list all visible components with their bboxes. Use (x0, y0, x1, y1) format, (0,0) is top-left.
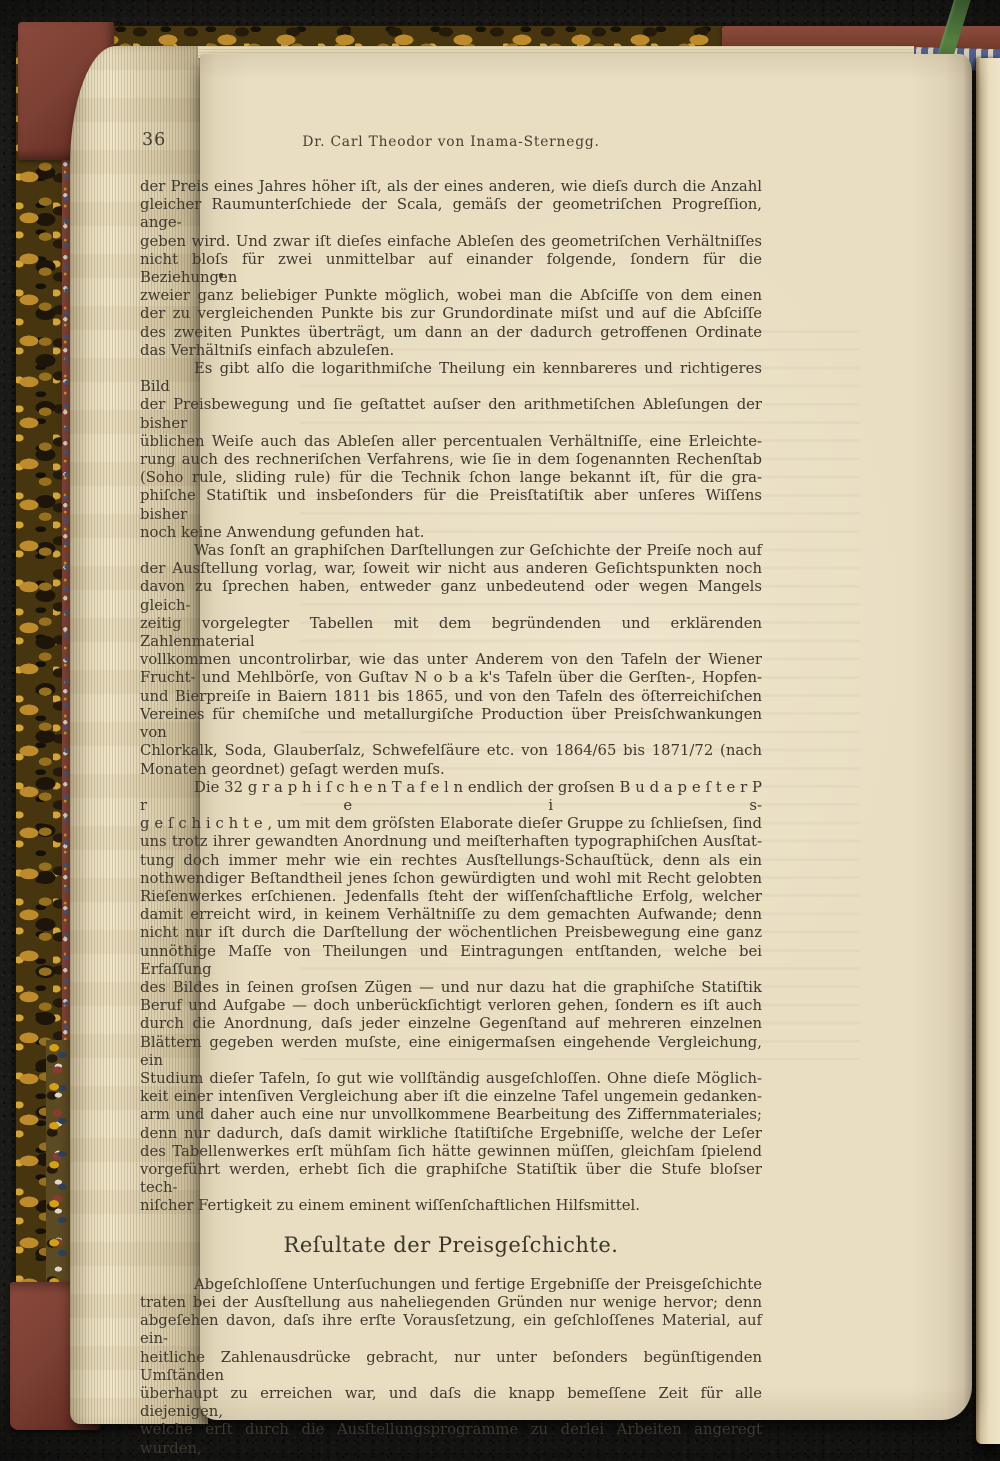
book-photograph: 36 Dr. Carl Theodor von Inama-Sternegg. … (0, 0, 1000, 1461)
text-line: welche erſt durch die Ausſtellungsprogra… (140, 1421, 762, 1457)
text-line: unnöthige Maſſe von Theilungen und Eintr… (140, 943, 762, 979)
text-line: das Verhältniſs einfach abzuleſen. (140, 342, 762, 360)
paragraph: Abgeſchloſſene Unterſuchungen und fertig… (140, 1276, 762, 1458)
running-header-title: Dr. Carl Theodor von Inama-Sternegg. (302, 134, 599, 150)
text-line: gleicher Raumunterſchiede der Scala, gem… (140, 196, 762, 232)
paragraph: Was ſonſt an graphiſchen Darſtellungen z… (140, 542, 762, 779)
text-line: davon zu ſprechen haben, entweder ganz u… (140, 578, 762, 614)
text-line: der Preis eines Jahres höher iſt, als de… (140, 178, 762, 196)
text-line: (Soho rule, sliding rule) für die Techni… (140, 469, 762, 487)
page-body: der Preis eines Jahres höher iſt, als de… (140, 178, 762, 1458)
text-line: nicht nur iſt durch die Darſtellung der … (140, 924, 762, 942)
text-line: g e ſ c h i c h t e , um mit dem gröſste… (140, 815, 762, 833)
text-line: Es gibt alſo die logarithmiſche Theilung… (140, 360, 762, 396)
text-line: traten bei der Ausſtellung aus naheliege… (140, 1294, 762, 1312)
text-line: Rieſenwerkes erſchienen. Jedenfalls ſteh… (140, 888, 762, 906)
text-line: zeitig vorgelegter Tabellen mit dem begr… (140, 615, 762, 651)
text-line: tung doch immer mehr wie ein rechtes Aus… (140, 852, 762, 870)
text-line: damit erreicht wird, in keinem Verhältni… (140, 906, 762, 924)
paragraph: Die 32 g r a p h i ſ c h e n T a f e l n… (140, 779, 762, 1216)
text-line: und Bierpreiſe in Baiern 1811 bis 1865, … (140, 688, 762, 706)
text-line: Was ſonſt an graphiſchen Darſtellungen z… (140, 542, 762, 560)
text-line: Studium dieſer Tafeln, ſo gut wie vollſt… (140, 1070, 762, 1088)
text-line: Vereines für chemiſche und metallurgiſch… (140, 706, 762, 742)
text-line: überhaupt zu erreichen war, und daſs die… (140, 1385, 762, 1421)
text-line: rung auch des rechneriſchen Verfahrens, … (140, 451, 762, 469)
text-line: Blättern gegeben werden muſste, eine ein… (140, 1034, 762, 1070)
text-line: üblichen Weiſe auch das Ableſen aller pe… (140, 433, 762, 451)
section-heading: Reſultate der Preisgeſchichte. (140, 1236, 762, 1254)
text-line: Chlorkalk, Soda, Glauberſalz, Schwefelſä… (140, 742, 762, 760)
text-line: durch die Anordnung, daſs jeder einzelne… (140, 1015, 762, 1033)
text-line: phiſche Statiſtik und insbeſonders für d… (140, 487, 762, 523)
text-line: der Preisbewegung und ſie geſtattet auſs… (140, 396, 762, 432)
text-line: noch keine Anwendung gefunden hat. (140, 524, 762, 542)
text-line: abgeſehen davon, daſs ihre erſte Vorausſ… (140, 1312, 762, 1348)
text-line: denn nur dadurch, daſs damit wirkliche ſ… (140, 1125, 762, 1143)
text-line: Frucht- und Mehlbörſe, von Guſtav N o b … (140, 669, 762, 687)
text-line: Die 32 g r a p h i ſ c h e n T a f e l n… (140, 779, 762, 815)
text-line: der Ausſtellung vorlag, war, ſoweit wir … (140, 560, 762, 578)
text-line: nicht bloſs für zwei unmittelbar auf ein… (140, 251, 762, 287)
text-line: des Bildes in ſeinen groſsen Zügen — und… (140, 979, 762, 997)
text-line: des zweiten Punktes überträgt, um dann a… (140, 324, 762, 342)
paragraph: Es gibt alſo die logarithmiſche Theilung… (140, 360, 762, 542)
text-line: arm und daher auch eine nur unvollkommen… (140, 1106, 762, 1124)
text-line: Monaten geordnet) geſagt werden muſs. (140, 761, 762, 779)
text-line: zweier ganz beliebiger Punkte möglich, w… (140, 287, 762, 305)
text-line: nothwendiger Beſtandtheil jenes ſchon ge… (140, 870, 762, 888)
text-line: Abgeſchloſſene Unterſuchungen und fertig… (140, 1276, 762, 1294)
text-line: der zu vergleichenden Punkte bis zur Gru… (140, 305, 762, 323)
text-line: uns trotz ihrer gewandten Anordnung und … (140, 833, 762, 851)
text-line: des Tabellenwerkes erſt mühſam ſich hätt… (140, 1143, 762, 1161)
text-line: niſcher Fertigkeit zu einem eminent wiſſ… (140, 1197, 762, 1215)
text-line: geben wird. Und zwar iſt dieſes einfache… (140, 233, 762, 251)
page-number: 36 (142, 130, 166, 150)
paragraph: der Preis eines Jahres höher iſt, als de… (140, 178, 762, 360)
text-line: Beruf und Aufgabe — doch unberückſichtig… (140, 997, 762, 1015)
text-line: heitliche Zahlenausdrücke gebracht, nur … (140, 1349, 762, 1385)
text-line: keit einer intenſiven Vergleichung aber … (140, 1088, 762, 1106)
printed-content: 36 Dr. Carl Theodor von Inama-Sternegg. … (0, 0, 1000, 1461)
text-line: vollkommen uncontrolirbar, wie das unter… (140, 651, 762, 669)
text-line: vorgeführt werden, erhebt ſich die graph… (140, 1161, 762, 1197)
running-header: 36 Dr. Carl Theodor von Inama-Sternegg. (140, 134, 762, 150)
